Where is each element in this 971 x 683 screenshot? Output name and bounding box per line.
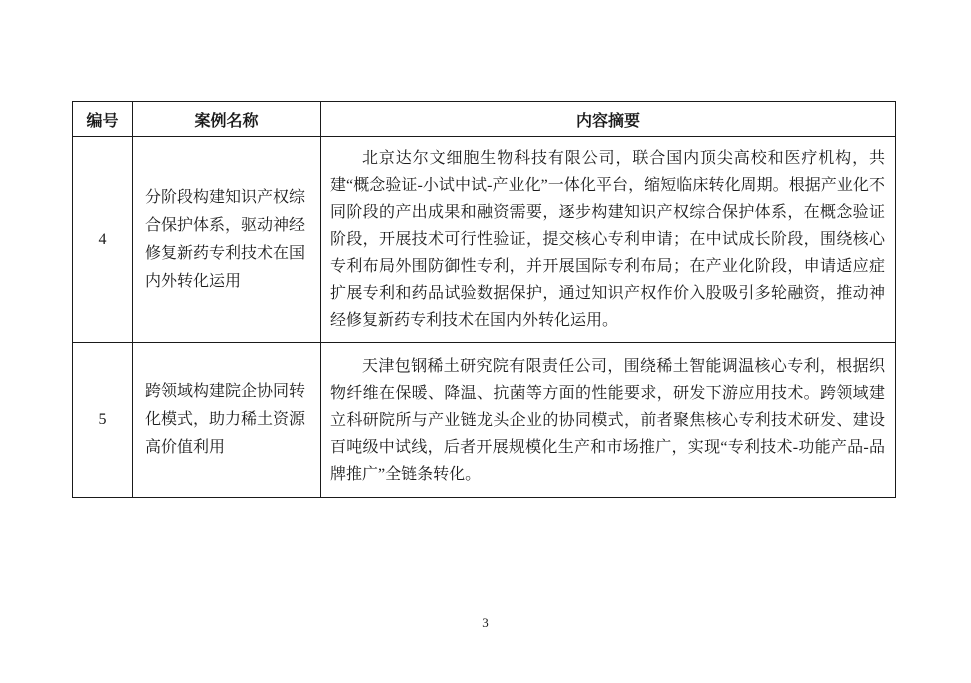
case-name: 分阶段构建知识产权综合保护体系，驱动神经修复新药专利技术在国内外转化运用 <box>133 137 321 343</box>
document-page: 编号 案例名称 内容摘要 4 分阶段构建知识产权综合保护体系，驱动神经修复新药专… <box>0 0 971 683</box>
table-row: 4 分阶段构建知识产权综合保护体系，驱动神经修复新药专利技术在国内外转化运用 北… <box>73 137 896 343</box>
case-name: 跨领域构建院企协同转化模式，助力稀土资源高价值利用 <box>133 343 321 498</box>
page-number: 3 <box>0 615 971 631</box>
case-summary-cell: 天津包钢稀土研究院有限责任公司，围绕稀土智能调温核心专利，根据织物纤维在保暖、降… <box>321 343 896 498</box>
case-summary-cell: 北京达尔文细胞生物科技有限公司，联合国内顶尖高校和医疗机构，共建“概念验证-小试… <box>321 137 896 343</box>
table-row: 5 跨领域构建院企协同转化模式，助力稀土资源高价值利用 天津包钢稀土研究院有限责… <box>73 343 896 498</box>
case-table: 编号 案例名称 内容摘要 4 分阶段构建知识产权综合保护体系，驱动神经修复新药专… <box>72 101 896 498</box>
header-cell-number: 编号 <box>73 102 133 137</box>
table-header-row: 编号 案例名称 内容摘要 <box>73 102 896 137</box>
header-cell-case-name: 案例名称 <box>133 102 321 137</box>
row-number: 4 <box>73 137 133 343</box>
case-summary-text: 北京达尔文细胞生物科技有限公司，联合国内顶尖高校和医疗机构，共建“概念验证-小试… <box>330 145 885 334</box>
row-number: 5 <box>73 343 133 498</box>
header-cell-summary: 内容摘要 <box>321 102 896 137</box>
case-summary-text: 天津包钢稀土研究院有限责任公司，围绕稀土智能调温核心专利，根据织物纤维在保暖、降… <box>330 353 885 488</box>
